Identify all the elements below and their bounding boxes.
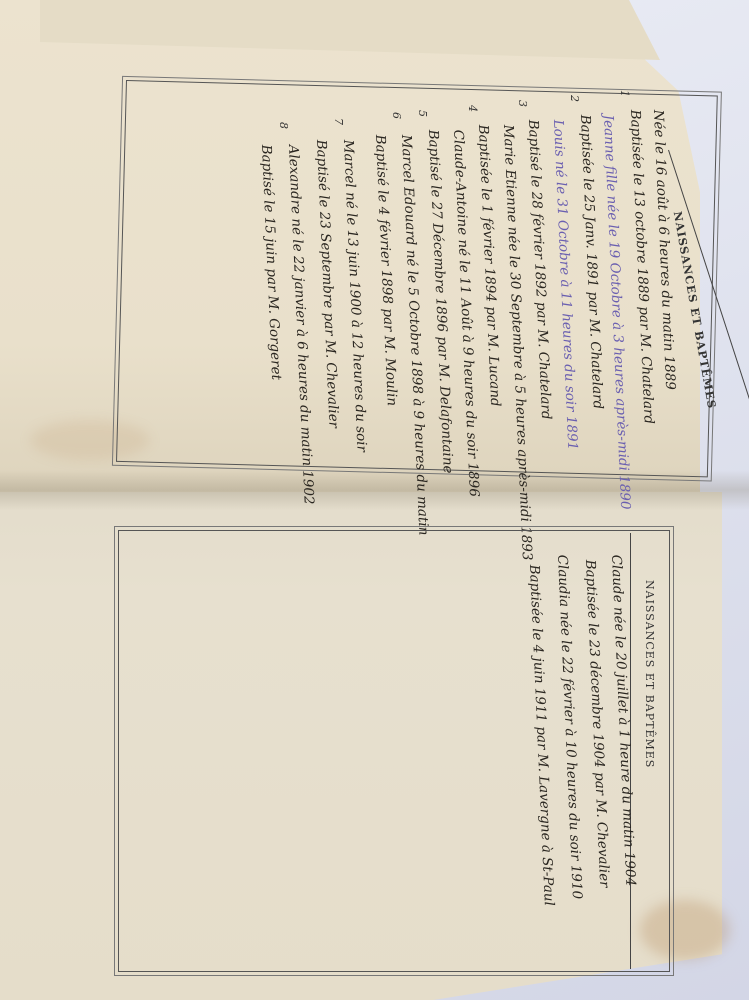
entry-number: 6 [390, 112, 403, 119]
entry-number: 2 [568, 95, 581, 102]
entry: Marcel né le 13 juin 1900 à 12 heures du… [340, 139, 370, 452]
entry: Baptisée le 1 février 1894 par M. Lucand [475, 124, 503, 407]
entry: Baptisé le 23 Septembre par M. Chevalier [313, 139, 342, 428]
entry: Baptisé le 4 février 1898 par M. Moulin [372, 134, 400, 406]
entry: Alexandre né le 22 janvier à 6 heures du… [285, 144, 317, 505]
book-gutter [0, 470, 749, 510]
entries-right: Claude née le 20 juillet à 1 heure du ma… [520, 550, 630, 930]
entry-number: 4 [466, 105, 479, 112]
entry-number: 8 [277, 122, 290, 129]
entry-number: 1 [618, 90, 631, 97]
entry: Jeanne fille née le 19 Octobre à 3 heure… [600, 114, 633, 510]
page-header-right: NAISSANCES ET BAPTÊMES [643, 580, 656, 768]
entry-number: 3 [516, 100, 529, 107]
entry: Louis né le 31 Octobre à 11 heures du so… [550, 119, 580, 450]
entry-number: 5 [416, 110, 429, 117]
entries-left: Née le 16 août à 6 heures du matin 1889 … [150, 90, 670, 460]
entry-number: 7 [332, 118, 345, 125]
entry: Baptisé le 28 février 1892 par M. Chatel… [525, 119, 554, 420]
entry: Baptisée le 23 décembre 1904 par M. Chev… [582, 559, 612, 888]
entry: Baptisée le 4 juin 1911 par M. Lavergne … [526, 564, 557, 906]
entry: Baptisé le 15 juin par M. Gorgeret [258, 144, 284, 380]
entry: Claudia née le 22 février à 10 heures du… [554, 554, 585, 899]
